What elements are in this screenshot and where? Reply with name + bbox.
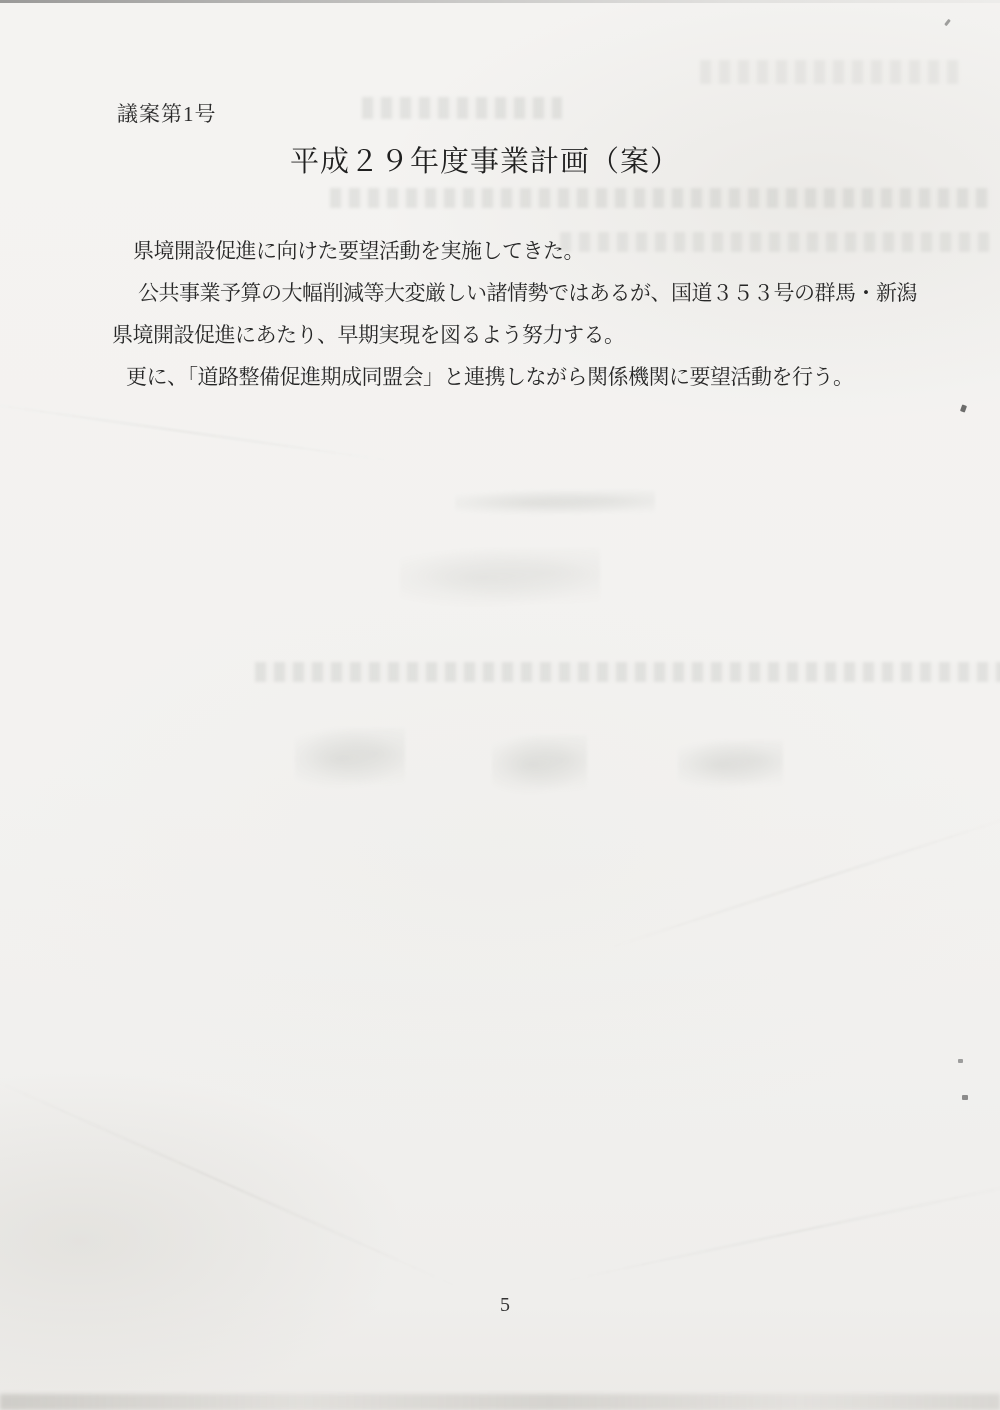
scan-speck — [962, 1095, 968, 1100]
body-line: 更に、「道路整備促進期成同盟会」と連携しながら関係機関に要望活動を行う。 — [126, 361, 854, 391]
scanned-document-page: 議案第1号 平成２９年度事業計画（案） 県境開設促進に向けた要望活動を実施してき… — [0, 0, 1000, 1410]
bleedthrough-text — [492, 735, 587, 795]
paper-crease — [565, 1180, 1000, 1282]
scan-bottom-shadow — [0, 1394, 1000, 1410]
bleedthrough-text — [255, 662, 1000, 682]
bleedthrough-text — [560, 232, 990, 252]
paper-crease — [610, 814, 1000, 949]
page-number: 5 — [470, 1294, 540, 1317]
bleedthrough-text — [455, 490, 655, 516]
paper-crease — [0, 1074, 458, 1287]
bleedthrough-text — [295, 728, 405, 790]
body-line: 公共事業予算の大幅削減等大変厳しい諸情勢ではあるが、国道３５３号の群馬・新潟 — [138, 277, 917, 307]
body-line: 県境開設促進にあたり、早期実現を図るよう努力する。 — [112, 319, 625, 349]
page-title: 平成２９年度事業計画（案） — [0, 139, 970, 180]
scan-speck — [960, 404, 967, 412]
paper-crease — [0, 401, 388, 461]
doc-number: 議案第1号 — [117, 98, 217, 128]
bleedthrough-text — [678, 740, 783, 790]
bleedthrough-text — [330, 188, 990, 208]
scan-top-edge — [0, 0, 1000, 3]
bleedthrough-text — [400, 548, 600, 608]
body-line: 県境開設促進に向けた要望活動を実施してきた。 — [133, 235, 584, 265]
scan-speck — [958, 1059, 963, 1063]
scan-speck — [944, 19, 951, 26]
bleedthrough-text — [362, 97, 562, 119]
bleedthrough-text — [700, 60, 960, 84]
